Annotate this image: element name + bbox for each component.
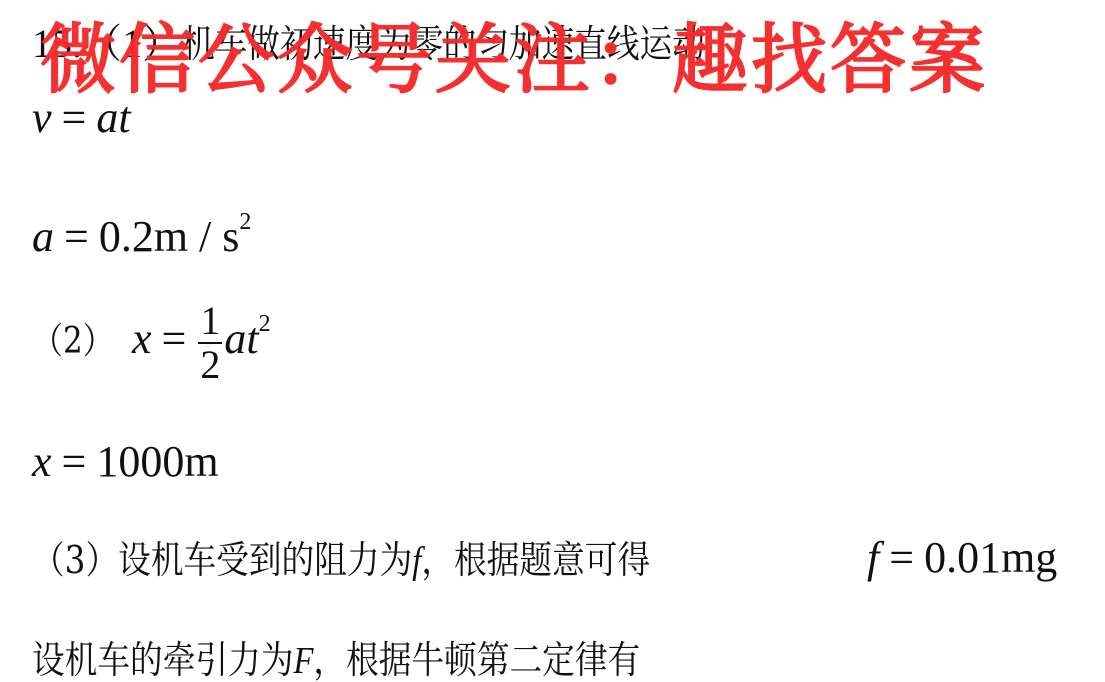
question-15-part-3: （3）设机车受到的阻力为f，根据题意可得 f=0.01mg (32, 540, 751, 580)
part-2-label: （2） (32, 324, 118, 360)
var-F: F (293, 640, 313, 682)
watermark-overlay: 微信公众号关注：趣找答案 (40, 22, 988, 98)
equation-acceleration: a=0.2m / s2 (32, 210, 251, 259)
traction-text2: ，根据牛顿第二定律有 (313, 638, 640, 682)
traction-text1: 设机车的牵引力为 (32, 638, 293, 682)
var-f: f (412, 540, 421, 582)
expr-at: at (224, 314, 258, 363)
fraction-numerator: 1 (198, 300, 222, 344)
equals-sign: = (64, 212, 89, 261)
equation-displacement-formula: （2）x=12at2 (32, 300, 271, 386)
fraction-denominator: 2 (198, 344, 222, 386)
var-f: f (867, 533, 879, 582)
equals-sign: = (62, 437, 87, 486)
exponent: 2 (239, 209, 251, 235)
equation-friction: f=0.01mg (867, 536, 1057, 580)
part-3-text: （3）设机车受到的阻力为f，根据题意可得 (32, 541, 650, 580)
exponent: 2 (259, 311, 271, 337)
part-3-text1: 设机车受到的阻力为 (118, 538, 412, 582)
equals-sign: = (889, 533, 914, 582)
friction-value: 0.01mg (924, 533, 1057, 582)
var-x: x (32, 437, 52, 486)
traction-text: 设机车的牵引力为F，根据牛顿第二定律有 (32, 641, 640, 680)
fraction-one-half: 12 (198, 300, 222, 386)
equals-sign: = (162, 314, 187, 363)
var-x: x (132, 314, 152, 363)
displacement-value: 1000m (96, 437, 218, 486)
var-a: a (32, 212, 54, 261)
part-3-text2: ，根据题意可得 (421, 538, 650, 582)
part-3-label: （3） (32, 538, 118, 582)
traction-force-line: 设机车的牵引力为F，根据牛顿第二定律有 (32, 640, 739, 680)
equation-displacement-value: x=1000m (32, 440, 219, 484)
acceleration-value: 0.2m / s (99, 212, 240, 261)
